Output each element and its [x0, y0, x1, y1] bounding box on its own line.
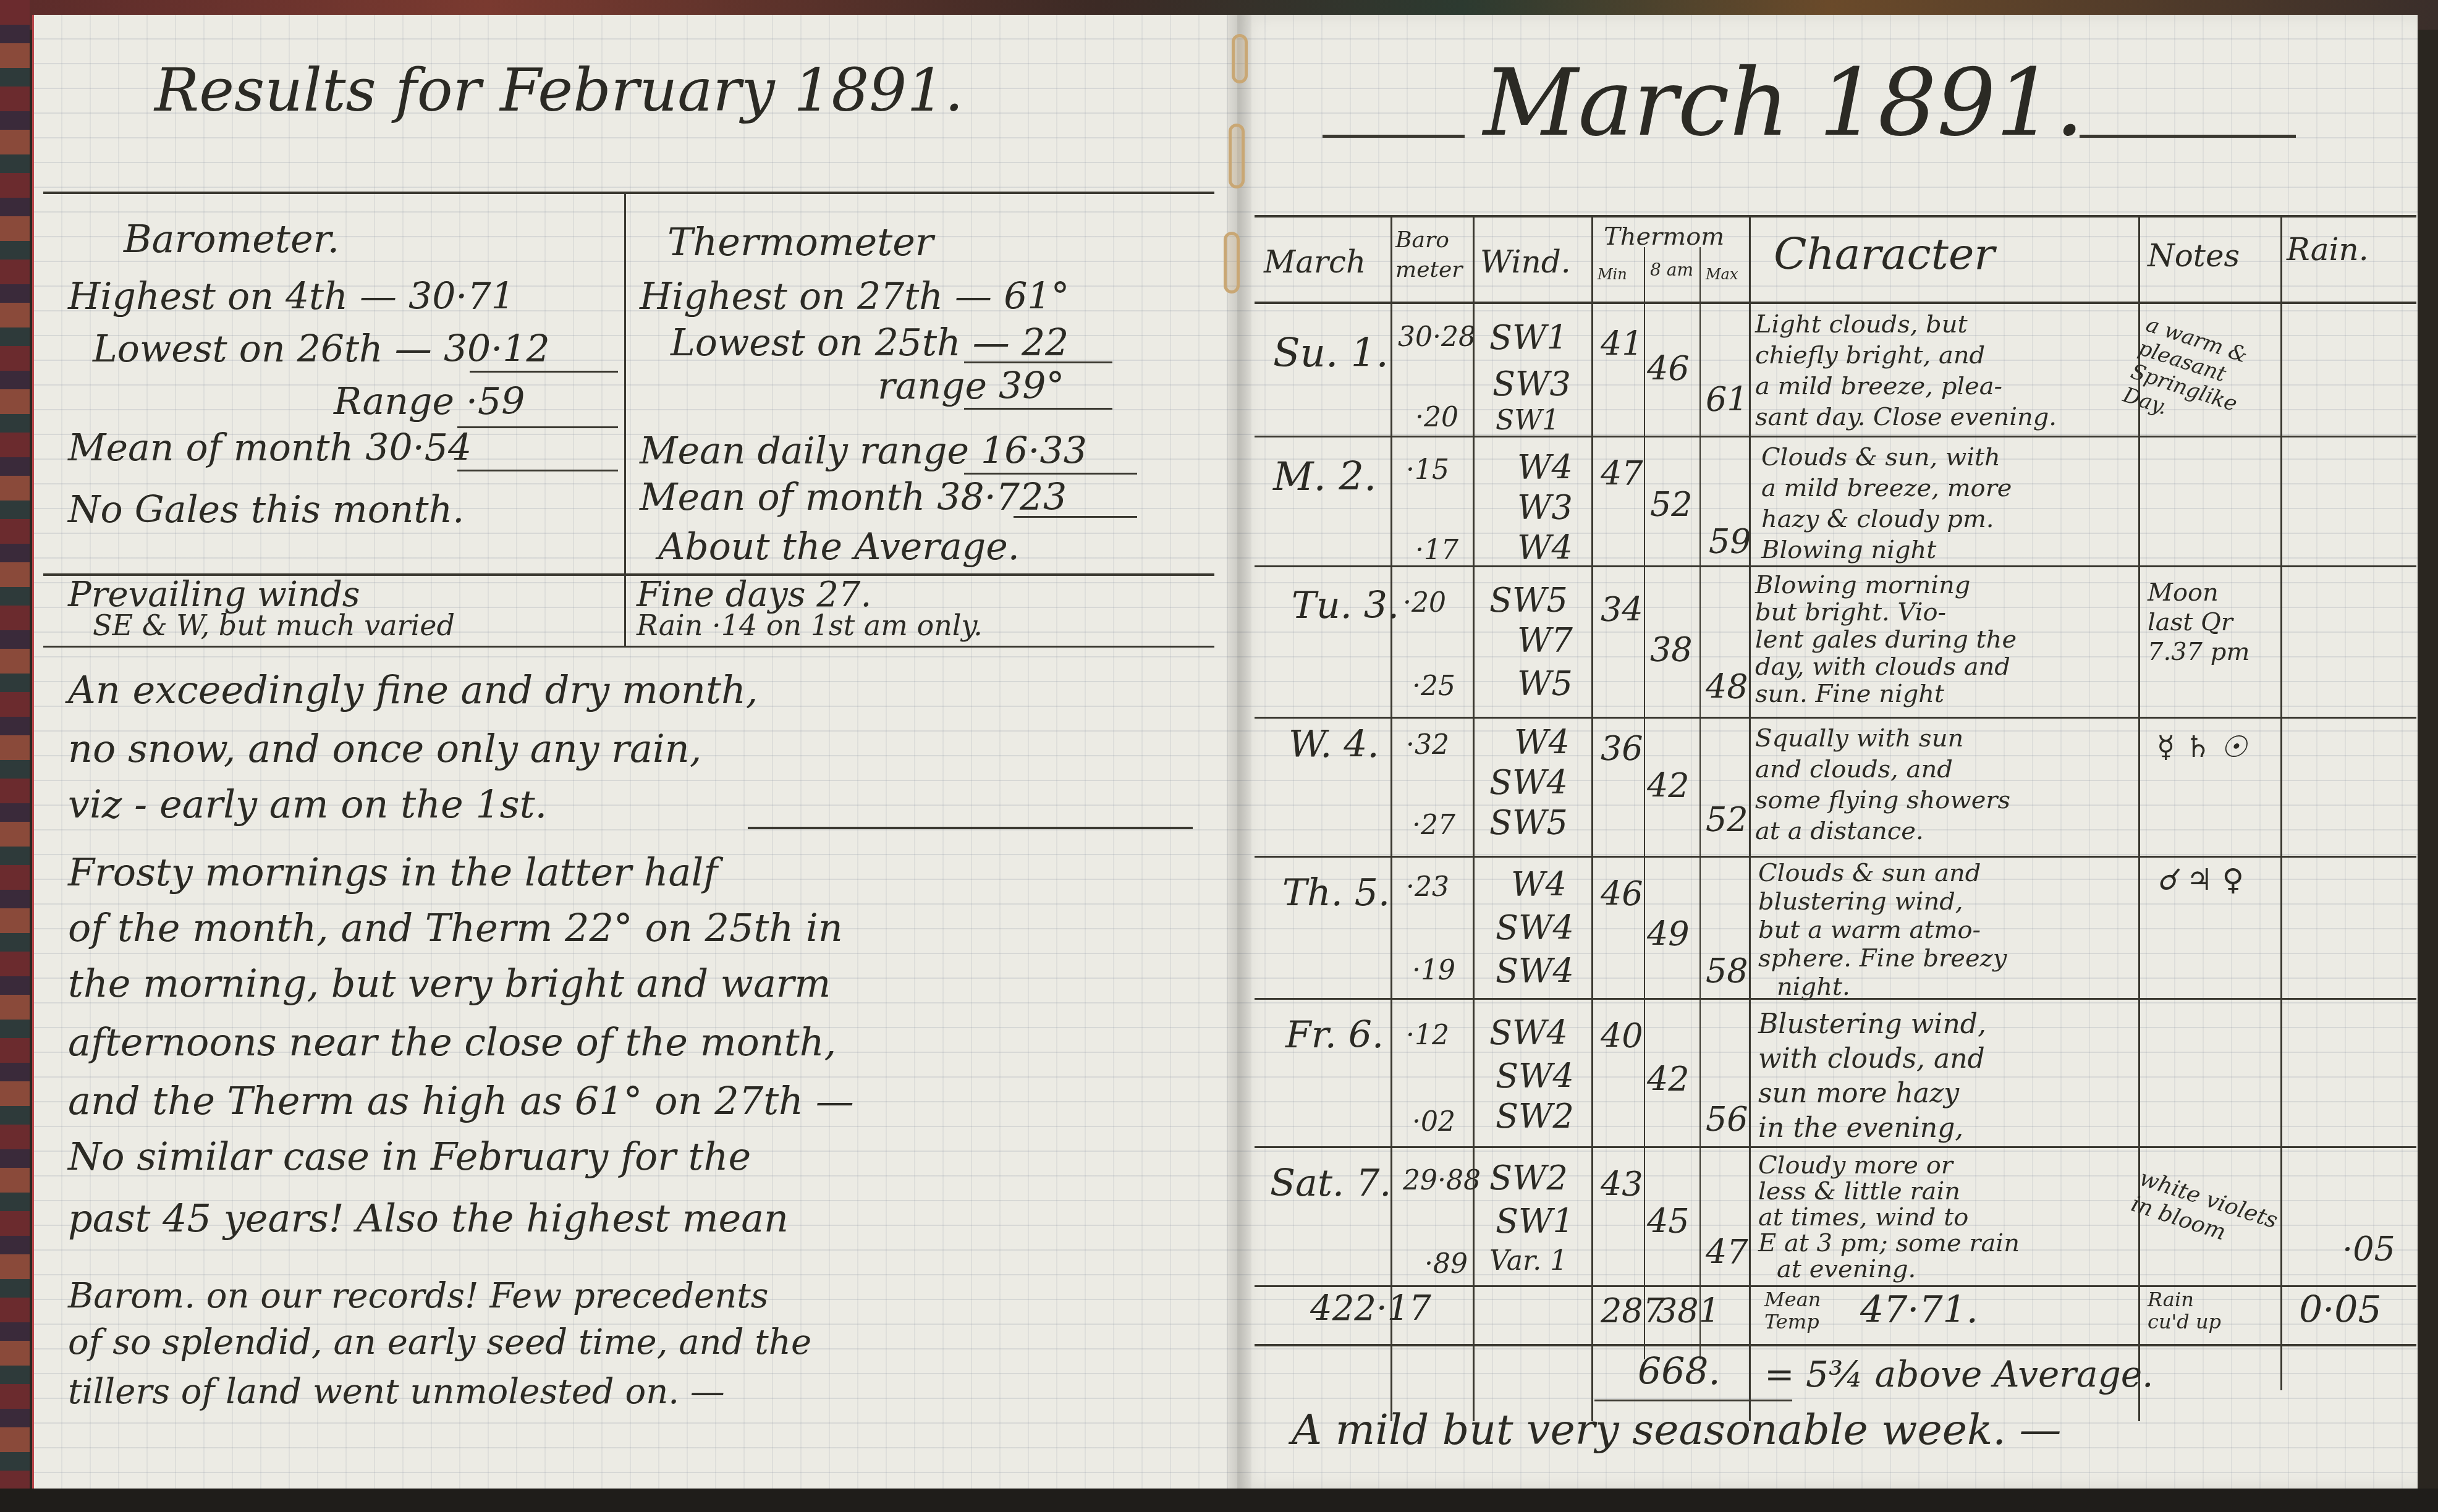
therm-min-cell: 46 [1601, 874, 1643, 913]
header-character: Character [1774, 229, 1995, 279]
character-line: Light clouds, but [1755, 309, 2057, 340]
therm-min-cell: 34 [1601, 590, 1643, 629]
character-line: a mild breeze, plea- [1755, 371, 2057, 402]
baro-cell: ·20 [1415, 402, 1458, 433]
baro-cell: ·27 [1412, 809, 1455, 841]
character-line: less & little rain [1758, 1178, 2020, 1204]
therm-8am-cell: 45 [1647, 1202, 1690, 1241]
baro-cell: ·23 [1406, 871, 1449, 903]
wind-cell: SW4 [1496, 908, 1574, 947]
thermometer-lowest: Lowest on 25th — 22 [671, 321, 1069, 365]
baro-cell: 29·88 [1403, 1165, 1481, 1196]
character-line: with clouds, and [1758, 1042, 1986, 1076]
character-line: and clouds, and [1755, 754, 2010, 785]
wind-cell: SW4 [1496, 952, 1574, 990]
character-line: night. [1758, 973, 2007, 1001]
character-line: but bright. Vio- [1755, 599, 2017, 626]
remark-line: past 45 years! Also the highest mean [68, 1196, 789, 1241]
wind-cell: SW5 [1489, 581, 1568, 620]
col-line [2280, 216, 2282, 1390]
baro-cell: ·02 [1412, 1106, 1455, 1138]
wind-cell: W4 [1517, 528, 1573, 567]
remark-line: viz - early am on the 1st. [68, 782, 547, 827]
header-rain: Rain. [2287, 232, 2369, 268]
thermometer-note: About the Average. [658, 525, 1020, 568]
temperature-sum: 668. [1638, 1350, 1721, 1393]
therm-8am-cell: 46 [1647, 349, 1690, 388]
underline [964, 361, 1112, 363]
character-line: Blustering wind, [1758, 1007, 1986, 1042]
divider [43, 192, 1214, 194]
therm-min-cell: 47 [1601, 454, 1643, 493]
character-cell: Blowing morning but bright. Vio- lent ga… [1755, 572, 2017, 707]
col-line [1473, 216, 1475, 1421]
therm-min-cell: 43 [1601, 1165, 1643, 1204]
therm-max-cell: 48 [1706, 667, 1748, 706]
remark-line: and the Therm as high as 61° on 27th — [68, 1078, 854, 1123]
character-line: at a distance. [1755, 816, 2010, 847]
therm-max-cell: 52 [1706, 800, 1748, 839]
wind-cell: W5 [1517, 664, 1573, 703]
therm-min-cell: 40 [1601, 1016, 1643, 1055]
barometer-lowest: Lowest on 26th — 30·12 [93, 327, 550, 371]
character-line: some flying showers [1755, 785, 2010, 816]
day-cell: Tu. 3. [1292, 584, 1399, 627]
rain-total-label: Rain cu'd up [2148, 1288, 2240, 1333]
weekly-summary: A mild but very seasonable week. — [1292, 1406, 2061, 1455]
character-line: blustering wind, [1758, 887, 2007, 916]
underline [470, 371, 618, 373]
rain-cell: ·05 [2342, 1230, 2395, 1269]
thermometer-mean-daily-range: Mean daily range 16·33 [640, 429, 1087, 473]
row-divider [1255, 1285, 2416, 1287]
header-barometer: Baro meter [1395, 226, 1470, 285]
col-line [1699, 247, 1701, 1359]
header-therm-8am: 8 am [1650, 260, 1693, 280]
day-cell: Sat. 7. [1270, 1162, 1391, 1205]
character-line: but a warm atmo- [1758, 916, 2007, 944]
header-march: March [1264, 244, 1366, 280]
character-line: sun more hazy [1758, 1076, 1986, 1111]
underline [964, 473, 1137, 475]
above-average-note: = 5¾ above Average. [1764, 1353, 2154, 1395]
col-line [1644, 247, 1645, 1359]
wind-cell: SW1 [1496, 1202, 1574, 1241]
day-cell: Fr. 6. [1285, 1013, 1384, 1057]
header-therm-max: Max [1706, 266, 1738, 283]
character-cell: Squally with sun and clouds, and some fl… [1755, 723, 2010, 847]
note-line: last Qr [2148, 607, 2250, 637]
wind-cell: SW2 [1489, 1159, 1568, 1197]
remark-line: Barom. on our records! Few precedents [68, 1276, 769, 1316]
character-line: hazy & cloudy pm. [1761, 504, 2012, 534]
wind-cell: W3 [1517, 488, 1573, 527]
wind-cell: SW2 [1496, 1097, 1574, 1136]
page-title-february: Results for February 1891. [154, 56, 963, 125]
header-wind: Wind. [1480, 244, 1571, 280]
therm-min-total: 287 [1601, 1291, 1664, 1330]
row-divider [1255, 565, 2416, 567]
character-line: Cloudy more or [1758, 1152, 2020, 1178]
therm-8am-cell: 42 [1647, 766, 1690, 805]
baro-cell: ·32 [1406, 729, 1449, 761]
character-cell: Clouds & sun and blustering wind, but a … [1758, 859, 2007, 1001]
therm-max-total: 381 [1656, 1291, 1720, 1330]
page-title-march: March 1891. [1483, 49, 2084, 157]
row-divider [1255, 1146, 2416, 1148]
header-notes: Notes [2148, 238, 2240, 274]
thermometer-range: range 39° [878, 365, 1064, 408]
character-line: E at 3 pm; some rain [1758, 1230, 2020, 1256]
character-line: at times, wind to [1758, 1204, 2020, 1230]
character-cell: Cloudy more or less & little rain at tim… [1758, 1152, 2020, 1282]
astronomical-symbols: ☌ ♃ ♀ [2157, 865, 2244, 895]
remark-line: An exceedingly fine and dry month, [68, 667, 758, 712]
table-bottom-border [1255, 1344, 2416, 1346]
therm-min-cell: 36 [1601, 729, 1643, 768]
row-divider [1255, 717, 2416, 719]
binding-stitch [1224, 232, 1240, 294]
character-line: in the evening, [1758, 1111, 1986, 1146]
row-divider [1255, 998, 2416, 1000]
remark-line: the morning, but very bright and warm [68, 961, 831, 1006]
therm-max-cell: 58 [1706, 952, 1748, 990]
character-line: sant day. Close evening. [1755, 402, 2057, 433]
rain-total-value: 0·05 [2299, 1288, 2382, 1332]
book-cover-edge-left [0, 0, 30, 1512]
character-cell: Blustering wind, with clouds, and sun mo… [1758, 1007, 1986, 1146]
therm-8am-cell: 52 [1650, 485, 1693, 524]
title-dash-left [1323, 135, 1465, 138]
day-cell: M. 2. [1273, 454, 1376, 500]
baro-cell: ·25 [1412, 670, 1455, 702]
barometer-highest: Highest on 4th — 30·71 [68, 275, 515, 318]
character-line: at evening. [1758, 1256, 2020, 1282]
underline [964, 408, 1112, 410]
title-dash-right [2080, 135, 2296, 138]
character-line: lent gales during the [1755, 626, 2017, 653]
character-line: sun. Fine night [1755, 680, 2017, 707]
wind-cell: SW4 [1489, 763, 1568, 802]
table-header-border [1255, 302, 2416, 304]
therm-max-cell: 59 [1709, 522, 1751, 561]
wind-cell: Var. 1 [1489, 1245, 1567, 1277]
wind-cell: W7 [1517, 621, 1573, 660]
therm-max-cell: 61 [1706, 380, 1748, 419]
therm-max-cell: 56 [1706, 1100, 1748, 1139]
binding-stitch [1232, 34, 1248, 83]
col-line [1390, 216, 1392, 1421]
day-cell: Th. 5. [1282, 871, 1390, 914]
therm-8am-cell: 38 [1650, 630, 1693, 669]
prevailing-winds-value: SE & W, but much varied [93, 609, 455, 642]
therm-8am-cell: 49 [1647, 914, 1690, 953]
mean-temp-label: Mean Temp [1764, 1288, 1845, 1333]
therm-max-cell: 47 [1706, 1233, 1748, 1272]
remark-line: no snow, and once only any rain, [68, 726, 701, 771]
character-line: Squally with sun [1755, 723, 2010, 754]
remark-line: of the month, and Therm 22° on 25th in [68, 905, 843, 950]
day-cell: Su. 1. [1273, 331, 1389, 376]
therm-min-cell: 41 [1601, 324, 1643, 363]
character-line: Blowing morning [1755, 572, 2017, 599]
col-line [1591, 216, 1593, 1421]
wind-cell: SW4 [1489, 1013, 1568, 1052]
underline [1014, 516, 1137, 518]
barometer-gales: No Gales this month. [68, 488, 464, 531]
rain-note: Rain ·14 on 1st am only. [637, 609, 983, 642]
underline [457, 426, 618, 428]
divider [43, 646, 1214, 648]
astronomical-symbols: ☿ ♄ ☉ [2157, 732, 2247, 762]
column-divider [624, 192, 626, 646]
book-cover-edge-bottom [0, 1489, 2438, 1512]
baro-cell: ·20 [1403, 587, 1446, 619]
baro-total: 422·17 [1310, 1288, 1431, 1328]
day-cell: W. 4. [1289, 723, 1379, 766]
wind-cell: SW5 [1489, 803, 1568, 842]
thermometer-highest: Highest on 27th — 61° [640, 275, 1069, 318]
remark-line: tillers of land went unmolested on. — [68, 1372, 725, 1412]
character-cell: Light clouds, but chiefly bright, and a … [1755, 309, 2057, 433]
line-filler [748, 827, 1193, 829]
wind-cell: SW4 [1496, 1057, 1574, 1096]
table-top-border [1255, 215, 2416, 218]
header-thermometer: Thermom [1604, 222, 1724, 251]
wind-cell: SW3 [1492, 365, 1571, 403]
notes-cell: Moon last Qr 7.37 pm [2148, 578, 2250, 667]
character-line: day, with clouds and [1755, 653, 2017, 680]
remark-line: No similar case in February for the [68, 1134, 751, 1179]
wind-cell: W4 [1514, 723, 1570, 762]
character-line: Clouds & sun and [1758, 859, 2007, 887]
baro-cell: ·12 [1406, 1020, 1449, 1051]
wind-cell: SW1 [1489, 318, 1568, 357]
note-line: Moon [2148, 578, 2250, 607]
character-line: a mild breeze, more [1761, 473, 2012, 504]
barometer-range: Range ·59 [334, 380, 525, 423]
col-line [1749, 216, 1751, 1421]
wind-cell: SW1 [1496, 405, 1559, 436]
barometer-heading: Barometer. [124, 216, 339, 261]
thermometer-heading: Thermometer [667, 219, 933, 264]
baro-cell: 30·28 [1398, 321, 1476, 353]
baro-cell: ·19 [1412, 955, 1455, 986]
header-therm-min: Min [1598, 266, 1627, 283]
wind-cell: W4 [1511, 865, 1567, 904]
binding-stitch [1229, 124, 1245, 188]
baro-cell: ·89 [1424, 1248, 1468, 1280]
thermometer-mean: Mean of month 38·723 [640, 476, 1067, 519]
barometer-mean: Mean of month 30·54 [68, 426, 472, 470]
character-line: chiefly bright, and [1755, 340, 2057, 371]
remark-line: of so splendid, an early seed time, and … [68, 1322, 811, 1362]
character-line: sphere. Fine breezy [1758, 944, 2007, 973]
mean-temp-value: 47·71. [1860, 1288, 1978, 1332]
remark-line: afternoons near the close of the month, [68, 1020, 836, 1065]
note-line: 7.37 pm [2148, 637, 2250, 667]
row-divider [1255, 856, 2416, 858]
row-divider [1255, 436, 2416, 437]
remark-line: Frosty mornings in the latter half [68, 850, 717, 895]
therm-8am-cell: 42 [1647, 1060, 1690, 1099]
baro-cell: ·17 [1415, 534, 1458, 566]
baro-cell: ·15 [1406, 454, 1449, 486]
wind-cell: W4 [1517, 448, 1573, 487]
underline [1594, 1400, 1792, 1401]
character-line: Clouds & sun, with [1761, 442, 2012, 473]
character-cell: Clouds & sun, with a mild breeze, more h… [1761, 442, 2012, 565]
underline [457, 470, 618, 471]
character-line: Blowing night [1761, 534, 2012, 565]
